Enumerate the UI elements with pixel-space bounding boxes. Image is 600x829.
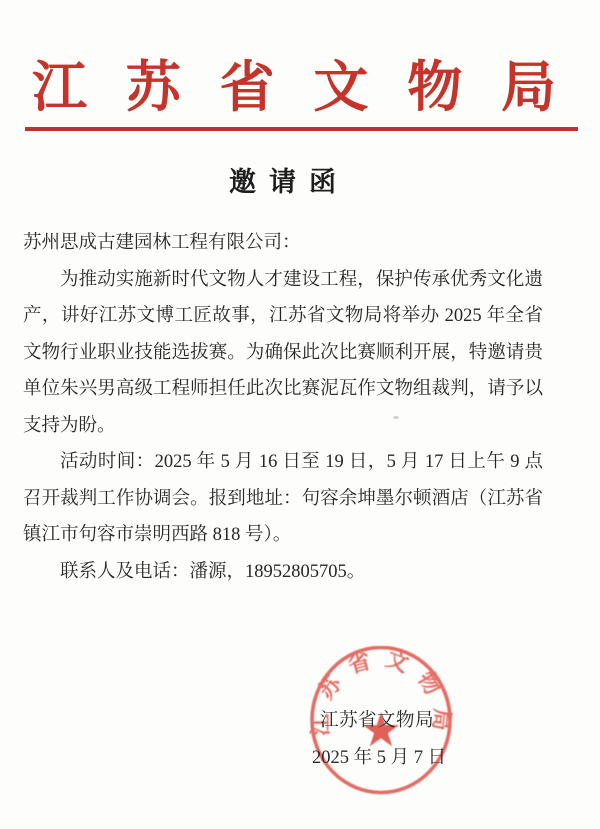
letterhead-char: 物 <box>407 56 462 120</box>
body-paragraph-3: 联系人及电话：潘源，18952805705。 <box>23 554 543 591</box>
letterhead-agency-name: 江 苏 省 文 物 局 <box>32 56 556 120</box>
letterhead-char: 局 <box>501 56 556 120</box>
signer-agency-name: 江苏省文物局 <box>320 706 434 732</box>
body-paragraph-1: 为推动实施新时代文物人才建设工程，保护传承优秀文化遗产，讲好江苏文博工匠故事，江… <box>23 262 543 445</box>
letterhead-char: 苏 <box>126 56 181 120</box>
letterhead-char: 江 <box>32 56 87 120</box>
letter-title: 邀请函 <box>229 160 349 199</box>
letterhead-divider-line <box>25 127 578 131</box>
scan-noise-speck <box>393 416 399 419</box>
body-paragraph-2: 活动时间：2025 年 5 月 16 日至 19 日，5 月 17 日上午 9 … <box>23 444 543 554</box>
letter-date: 2025 年 5 月 7 日 <box>312 743 446 769</box>
scanned-invitation-letter: 江 苏 省 文 物 局 邀请函 苏州思成古建园林工程有限公司： 为推动实施新时代… <box>0 0 600 829</box>
letterhead-char: 省 <box>220 56 275 120</box>
recipient-salutation: 苏州思成古建园林工程有限公司： <box>23 225 543 262</box>
letterhead-char: 文 <box>313 56 368 120</box>
letter-body: 苏州思成古建园林工程有限公司： 为推动实施新时代文物人才建设工程，保护传承优秀文… <box>23 225 543 590</box>
